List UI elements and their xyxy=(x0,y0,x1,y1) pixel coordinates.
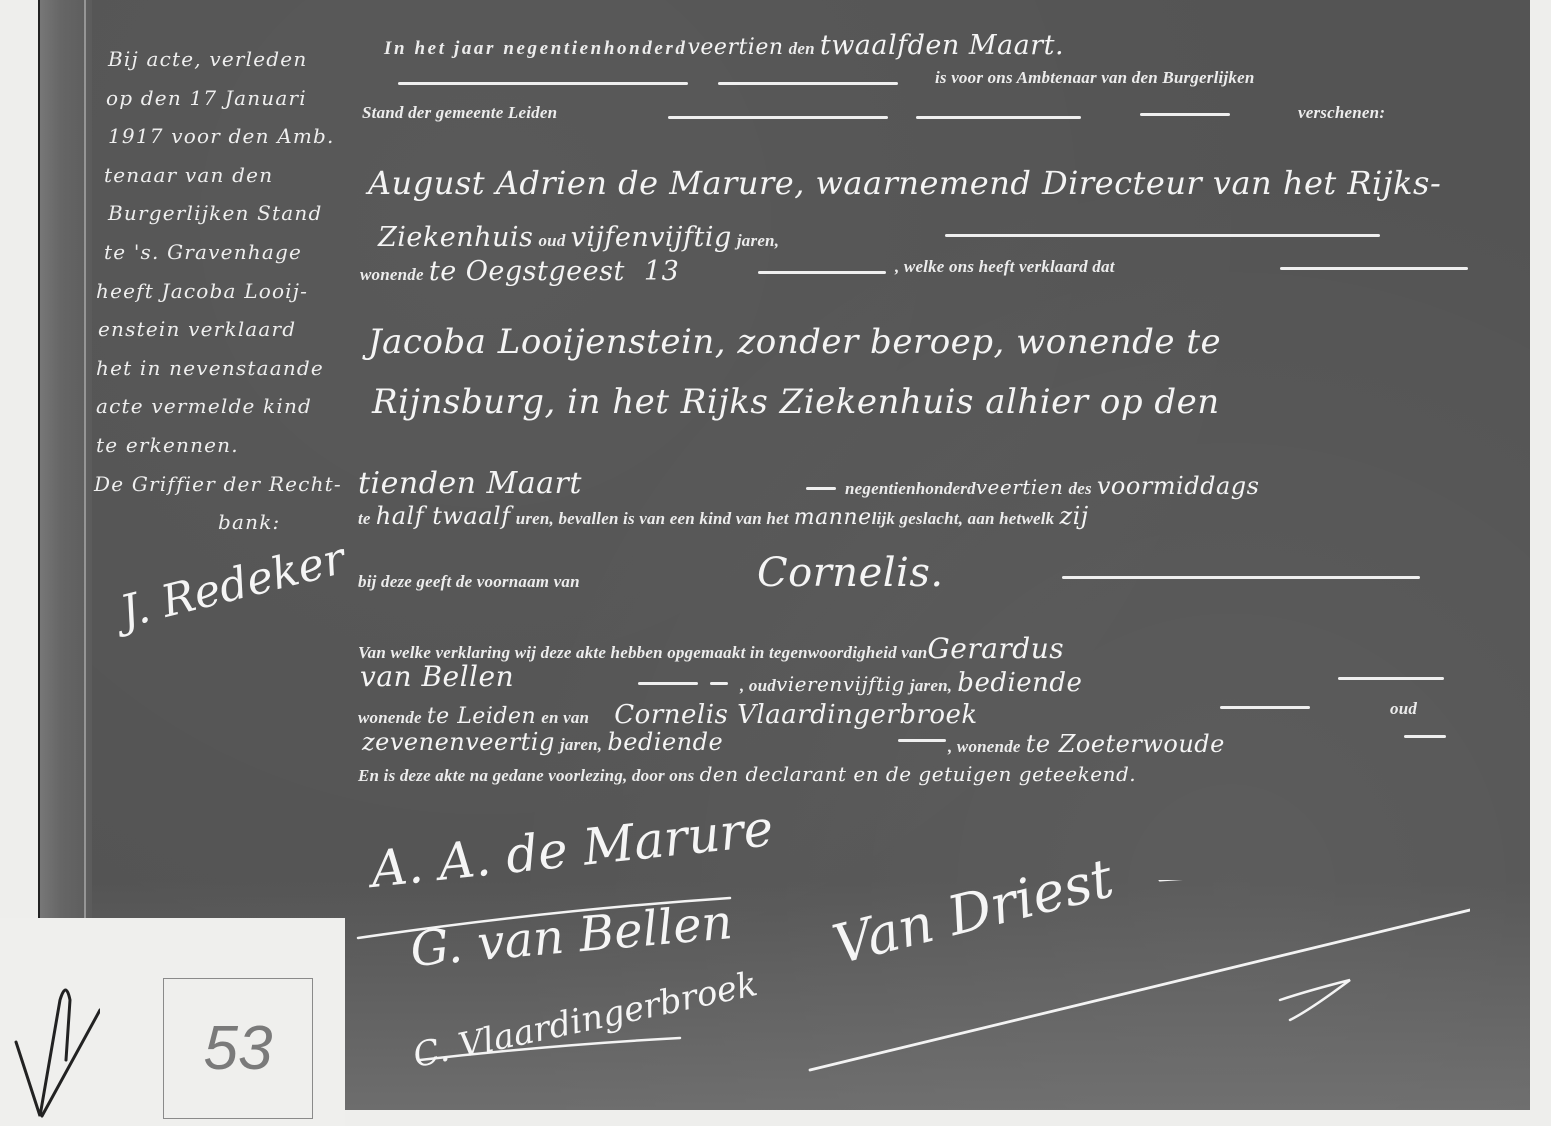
blank-rule xyxy=(758,271,886,274)
body-line-9-end: negentienhonderdveertien des voormiddags xyxy=(845,472,1259,500)
blank-rule xyxy=(1140,113,1230,116)
body-line-6-end: , welke ons heeft verklaard dat xyxy=(895,257,1115,277)
margin-note-line: heeft Jacoba Looij- xyxy=(96,272,342,311)
page-number-box: 53 xyxy=(163,978,313,1119)
body-line-10: te half twaalf uren, bevallen is van een… xyxy=(358,502,1089,530)
margin-note-line: Bij acte, verleden xyxy=(108,40,342,79)
body-line-11: bij deze geeft de voornaam van xyxy=(358,572,580,592)
margin-note-line: Burgerlijken Stand xyxy=(108,194,342,233)
witness1-name: van Bellen xyxy=(360,660,514,693)
margin-note: Bij acte, verleden op den 17 Januari 191… xyxy=(108,40,342,542)
book-binding-edge xyxy=(38,0,92,920)
blank-rule xyxy=(916,116,1081,119)
body-line-15: zevenenveertig jaren, bediende xyxy=(362,728,723,756)
body-line-6: wonende te Oegstgeest 13 xyxy=(360,256,679,287)
body-line-14: wonende te Leiden en van Cornelis Vlaard… xyxy=(358,700,978,730)
blank-rule xyxy=(1404,735,1446,738)
margin-note-line: te 's. Gravenhage xyxy=(104,233,342,272)
blank-rule xyxy=(718,82,898,85)
blank-rule xyxy=(398,82,688,85)
body-line-5: Ziekenhuis oud vijfenvijftig jaren, xyxy=(378,222,779,253)
blank-rule xyxy=(1062,576,1420,579)
blank-rule xyxy=(1280,267,1468,270)
blank-rule xyxy=(710,682,728,685)
margin-note-line: acte vermelde kind xyxy=(96,387,342,426)
blank-rule xyxy=(638,682,698,685)
margin-note-line: tenaar van den xyxy=(104,156,342,195)
body-line-1: In het jaar negentienhonderdveertien den… xyxy=(384,30,1064,61)
blank-rule xyxy=(898,739,946,742)
corner-initials xyxy=(10,980,100,1120)
margin-note-line: De Griffier der Recht- xyxy=(94,465,342,504)
margin-note-line: te erkennen. xyxy=(96,426,342,465)
blank-rule xyxy=(1220,706,1310,709)
blank-rule xyxy=(1338,677,1444,680)
body-line-3-end: verschenen: xyxy=(1298,103,1385,123)
birthplace-line: Rijnsburg, in het Rijks Ziekenhuis alhie… xyxy=(372,382,1220,422)
binding-fold xyxy=(84,0,86,920)
blank-rule xyxy=(945,234,1380,237)
declarant-line: August Adrien de Marure, waarnemend Dire… xyxy=(368,164,1441,202)
body-line-16: En is deze akte na gedane voorlezing, do… xyxy=(358,762,1136,786)
mother-line: Jacoba Looijenstein, zonder beroep, wone… xyxy=(368,322,1221,362)
margin-note-line: enstein verklaard xyxy=(98,310,342,349)
margin-note-line: het in nevenstaande xyxy=(96,349,342,388)
body-line-3-start: Stand der gemeente Leiden xyxy=(362,103,557,123)
child-name: Cornelis. xyxy=(757,550,944,596)
margin-note-line: op den 17 Januari xyxy=(106,79,342,118)
blank-rule xyxy=(806,487,836,490)
body-line-13: , oudvierenvijftig jaren, bediende xyxy=(740,668,1082,698)
body-line-9: tienden Maart xyxy=(358,466,582,501)
blank-rule xyxy=(668,116,888,119)
page-number: 53 xyxy=(204,1013,273,1084)
body-line-15-end: , wonende te Zoeterwoude xyxy=(948,730,1225,758)
body-line-2: is voor ons Ambtenaar van den Burgerlijk… xyxy=(935,68,1254,88)
margin-note-line: 1917 voor den Amb. xyxy=(108,117,342,156)
body-line-14-end: oud xyxy=(1390,699,1417,719)
